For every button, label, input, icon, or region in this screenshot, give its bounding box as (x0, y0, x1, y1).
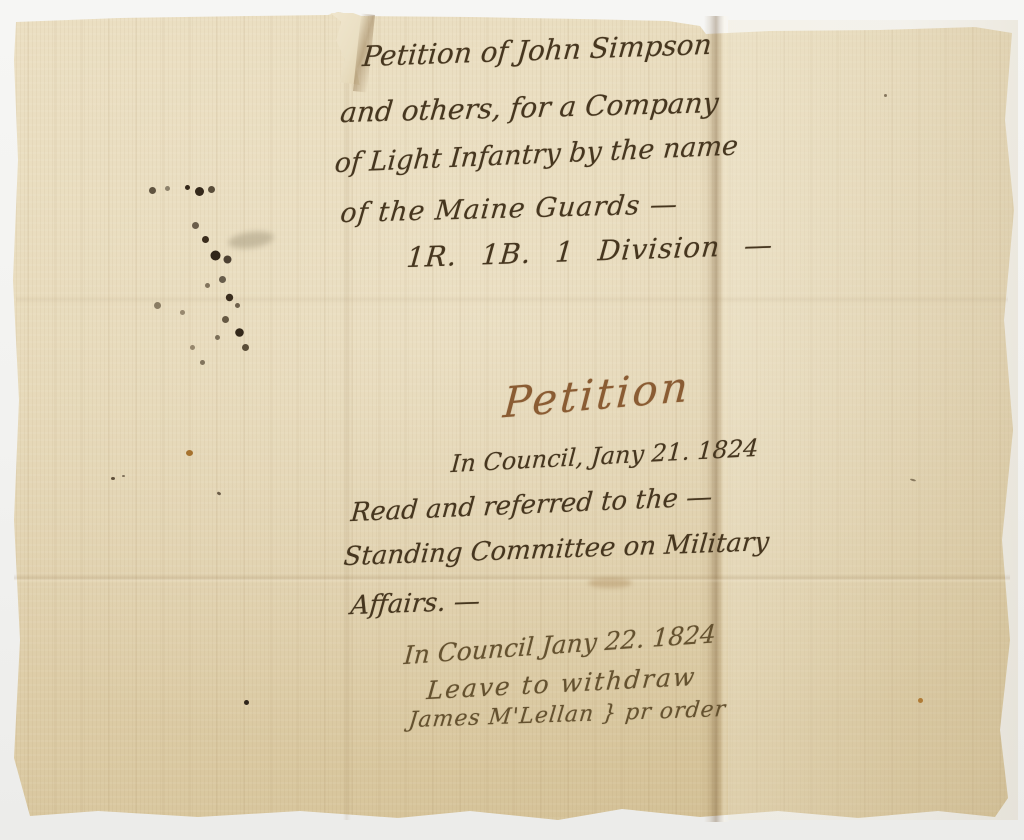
document-scan: Petition of John Simpson and others, for… (0, 0, 1024, 840)
ink-speck (111, 477, 115, 480)
horizontal-crease-upper (16, 296, 1008, 303)
brown-stain (588, 578, 632, 588)
horizontal-crease-lower (14, 574, 1010, 583)
rust-speck (918, 698, 923, 703)
ink-speck (244, 700, 249, 705)
ink-speck (122, 475, 125, 477)
ink-speck (884, 94, 887, 97)
council-jan21-line-4: Affairs. — (349, 586, 481, 621)
ink-blot-cluster (185, 185, 190, 190)
secondary-vertical-crease (343, 70, 351, 820)
rust-speck (186, 450, 193, 456)
